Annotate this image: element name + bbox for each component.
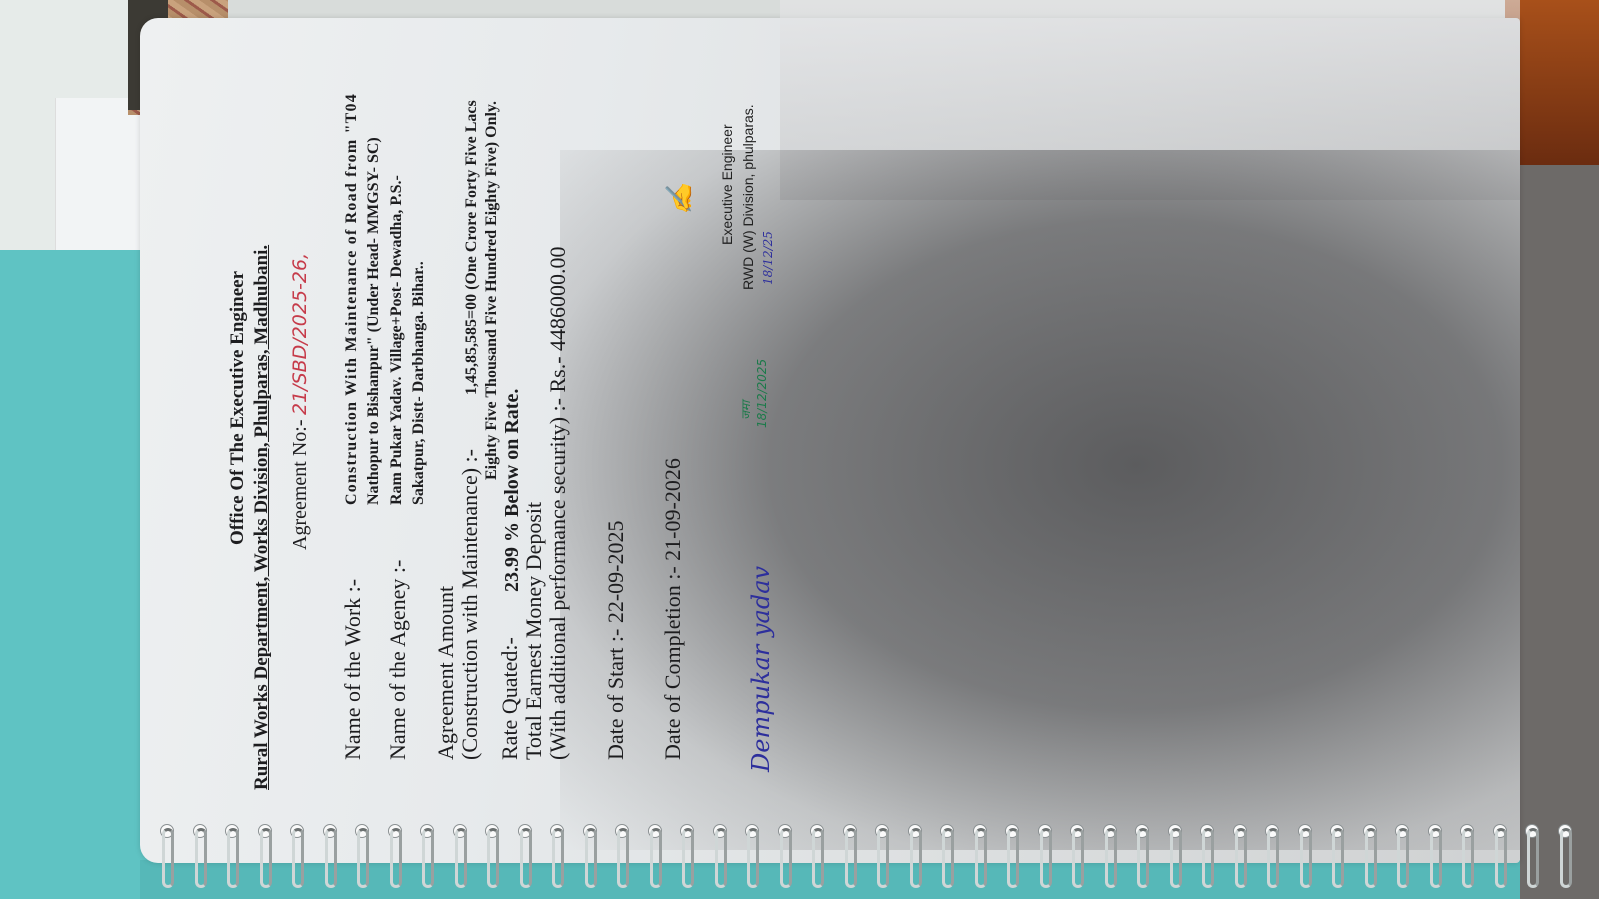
department-heading: Rural Works Department, Works Division, …: [251, 245, 273, 790]
amount-label-2: (Construction with Maintenance) :-: [457, 449, 483, 760]
binding-ring: [227, 828, 239, 888]
binding-ring: [845, 828, 857, 888]
ee-initial-date: 18/12/25: [761, 231, 775, 285]
binding-ring: [1137, 828, 1149, 888]
binding-ring: [390, 828, 402, 888]
emd-label-2: (With additional performance security) :…: [545, 246, 571, 760]
work-value-1: Construction With Maintenance of Road fr…: [343, 93, 361, 505]
binding-ring: [520, 828, 532, 888]
binding-ring: [1495, 828, 1507, 888]
binding-ring: [1300, 828, 1312, 888]
binding-ring: [1040, 828, 1052, 888]
spiral-binding: [150, 820, 1550, 899]
binding-ring: [260, 828, 272, 888]
binding-ring: [1397, 828, 1409, 888]
ee-signature: ✍: [665, 183, 695, 215]
emd-label-1: Total Earnest Money Deposit: [521, 502, 547, 760]
amount-label-1: Agreement Amount: [433, 586, 459, 760]
binding-ring: [617, 828, 629, 888]
start-date: Date of Start :- 22-09-2025: [603, 521, 629, 761]
binding-ring: [1072, 828, 1084, 888]
binding-ring: [1007, 828, 1019, 888]
amount-value-1: 1,45,85,585=00 (One Crore Forty Five Lac…: [463, 100, 481, 395]
binding-ring: [715, 828, 727, 888]
binding-ring: [1105, 828, 1117, 888]
binding-ring: [650, 828, 662, 888]
binding-ring: [942, 828, 954, 888]
binding-ring: [1560, 828, 1572, 888]
binding-ring: [1527, 828, 1539, 888]
agreement-document: Office Of The Executive Engineer Rural W…: [225, 30, 785, 790]
completion-date: Date of Completion :- 21-09-2026: [660, 458, 686, 760]
signatory-title: Executive Engineer: [719, 124, 735, 245]
agreement-number: 21/SBD/2025-26,: [289, 253, 311, 415]
binding-ring: [975, 828, 987, 888]
agency-label: Name of the Ageney :-: [385, 560, 411, 760]
binding-ring: [1365, 828, 1377, 888]
agency-value-1: Ram Pukar Yadav. Village+Post- Dewadha, …: [388, 175, 406, 505]
binding-ring: [812, 828, 824, 888]
work-label: Name of the Work :-: [340, 579, 366, 760]
binding-ring: [1202, 828, 1214, 888]
binding-ring: [487, 828, 499, 888]
green-date: 18/12/2025: [755, 359, 769, 428]
binding-ring: [877, 828, 889, 888]
green-note: जमा: [737, 401, 754, 420]
binding-ring: [910, 828, 922, 888]
binding-ring: [682, 828, 694, 888]
binding-ring: [455, 828, 467, 888]
binding-ring: [780, 828, 792, 888]
agency-value-2: Sakatpur, Distt- Darbhanga. Bihar..: [410, 261, 428, 505]
office-heading: Office Of The Executive Engineer: [227, 271, 249, 545]
agreement-label: Agreement No:-: [289, 419, 312, 550]
agency-signature: Dempukar yadav: [747, 566, 775, 772]
background-sheet: [1520, 165, 1599, 899]
binding-ring: [162, 828, 174, 888]
binding-ring: [195, 828, 207, 888]
binding-ring: [1235, 828, 1247, 888]
amount-value-2: Eighty Five Thousand Five Hundred Eighty…: [483, 101, 501, 480]
binding-ring: [357, 828, 369, 888]
binding-ring: [422, 828, 434, 888]
binding-ring: [292, 828, 304, 888]
signatory-division: RWD (W) Division, phulparas.: [740, 104, 756, 290]
binding-ring: [1267, 828, 1279, 888]
binding-ring: [552, 828, 564, 888]
rate-label: Rate Quated:-: [497, 637, 523, 760]
binding-ring: [585, 828, 597, 888]
binding-ring: [747, 828, 759, 888]
work-value-2: Nathopur to Bishanpur" (Under Head- MMGS…: [365, 137, 383, 505]
binding-ring: [1430, 828, 1442, 888]
binding-ring: [1170, 828, 1182, 888]
binding-ring: [1332, 828, 1344, 888]
binding-ring: [1462, 828, 1474, 888]
binding-ring: [325, 828, 337, 888]
